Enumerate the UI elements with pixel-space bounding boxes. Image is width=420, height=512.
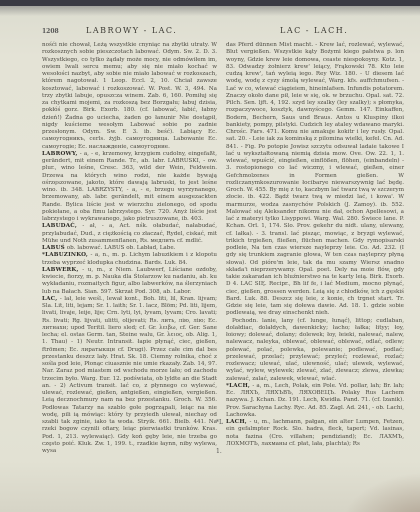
margin-mark: 1.: [216, 448, 222, 455]
page-number: 1208: [42, 28, 59, 35]
entry-lac-continued: das Pferd dünnen Mist macht. - Krew lać,…: [226, 42, 404, 318]
entry-text: - a, - e, krzemowy, krzygiem cudolny, ei…: [42, 151, 217, 222]
running-head-right: LAC - LACH.: [280, 26, 348, 40]
headword: LABUŚ: [42, 245, 65, 251]
headword: LABROWY,: [42, 151, 78, 157]
entry-text: das Pferd dünnen Mist macht. - Krew lać,…: [226, 42, 404, 316]
entry-text: - a, m., Lech, Polak, ein Pole. Vd. poll…: [226, 383, 404, 418]
entry-text: - u, m., lachmann, pałgan, ein alter Lum…: [226, 419, 404, 447]
entry-labrowy: LABROWY, - a, - e, krzemowy, krzygiem cu…: [42, 151, 217, 224]
entry-continuation: nośći nie chował, Leżą wszystkie cnyniąc…: [42, 42, 217, 151]
dictionary-page: 1208 LABROWY - LAC. LAC - LACH. nośći ni…: [0, 6, 420, 512]
entry-text: ob. labować. LABUS ob. Labład, Labe.: [67, 245, 176, 251]
entry-lac: LAC, - lał, leie weśl., lewał kont., Boh…: [42, 296, 217, 456]
entry-labus: LABUŚ ob. labować. LABUS ob. Labład, Lab…: [42, 245, 217, 252]
headword: LABWERK,: [42, 267, 79, 273]
headword: LAC,: [42, 296, 57, 302]
entry-lach-rag: LACH, - u, m., lachmann, pałgan, ein alt…: [226, 419, 404, 448]
running-head-left: LABROWY - LAC.: [86, 26, 177, 40]
entry-derivatives: Pochodn. lanie, lany (cf. lunge, łunąć),…: [226, 318, 404, 383]
margin-mark: *L: [216, 419, 223, 426]
entry-text: - lał, leie weśl., lewał kont., Boh. lit…: [42, 296, 217, 454]
entry-lach-pole: *LACH, - a, m., Lech, Polak, ein Pole. V…: [226, 383, 404, 419]
headword: LACH,: [226, 419, 247, 425]
headword: *LACH,: [226, 383, 250, 389]
entry-labwerk: LABWERK, - u, m., z Niem. Laubwerf, Liśc…: [42, 267, 217, 296]
headword: LABUDAĆ,: [42, 223, 77, 229]
entry-text: Pochodn. lanie, lany (cf. lunge, łunąć),…: [226, 318, 404, 382]
entry-labudac: LABUDAĆ, - ał, - a, Act. nśk. ołabudać, …: [42, 223, 217, 245]
right-column: das Pferd dünnen Mist macht. - Krew lać,…: [226, 42, 404, 448]
entry-labuzinko: *LABUZINKO, - a, n., m. p. Lichym labuzi…: [42, 252, 217, 267]
entry-text: nośći nie chował, Leżą wszystkie cnyniąc…: [42, 42, 217, 150]
headword: *LABUZINKO,: [42, 252, 88, 258]
left-column: nośći nie chował, Leżą wszystkie cnyniąc…: [42, 42, 217, 455]
